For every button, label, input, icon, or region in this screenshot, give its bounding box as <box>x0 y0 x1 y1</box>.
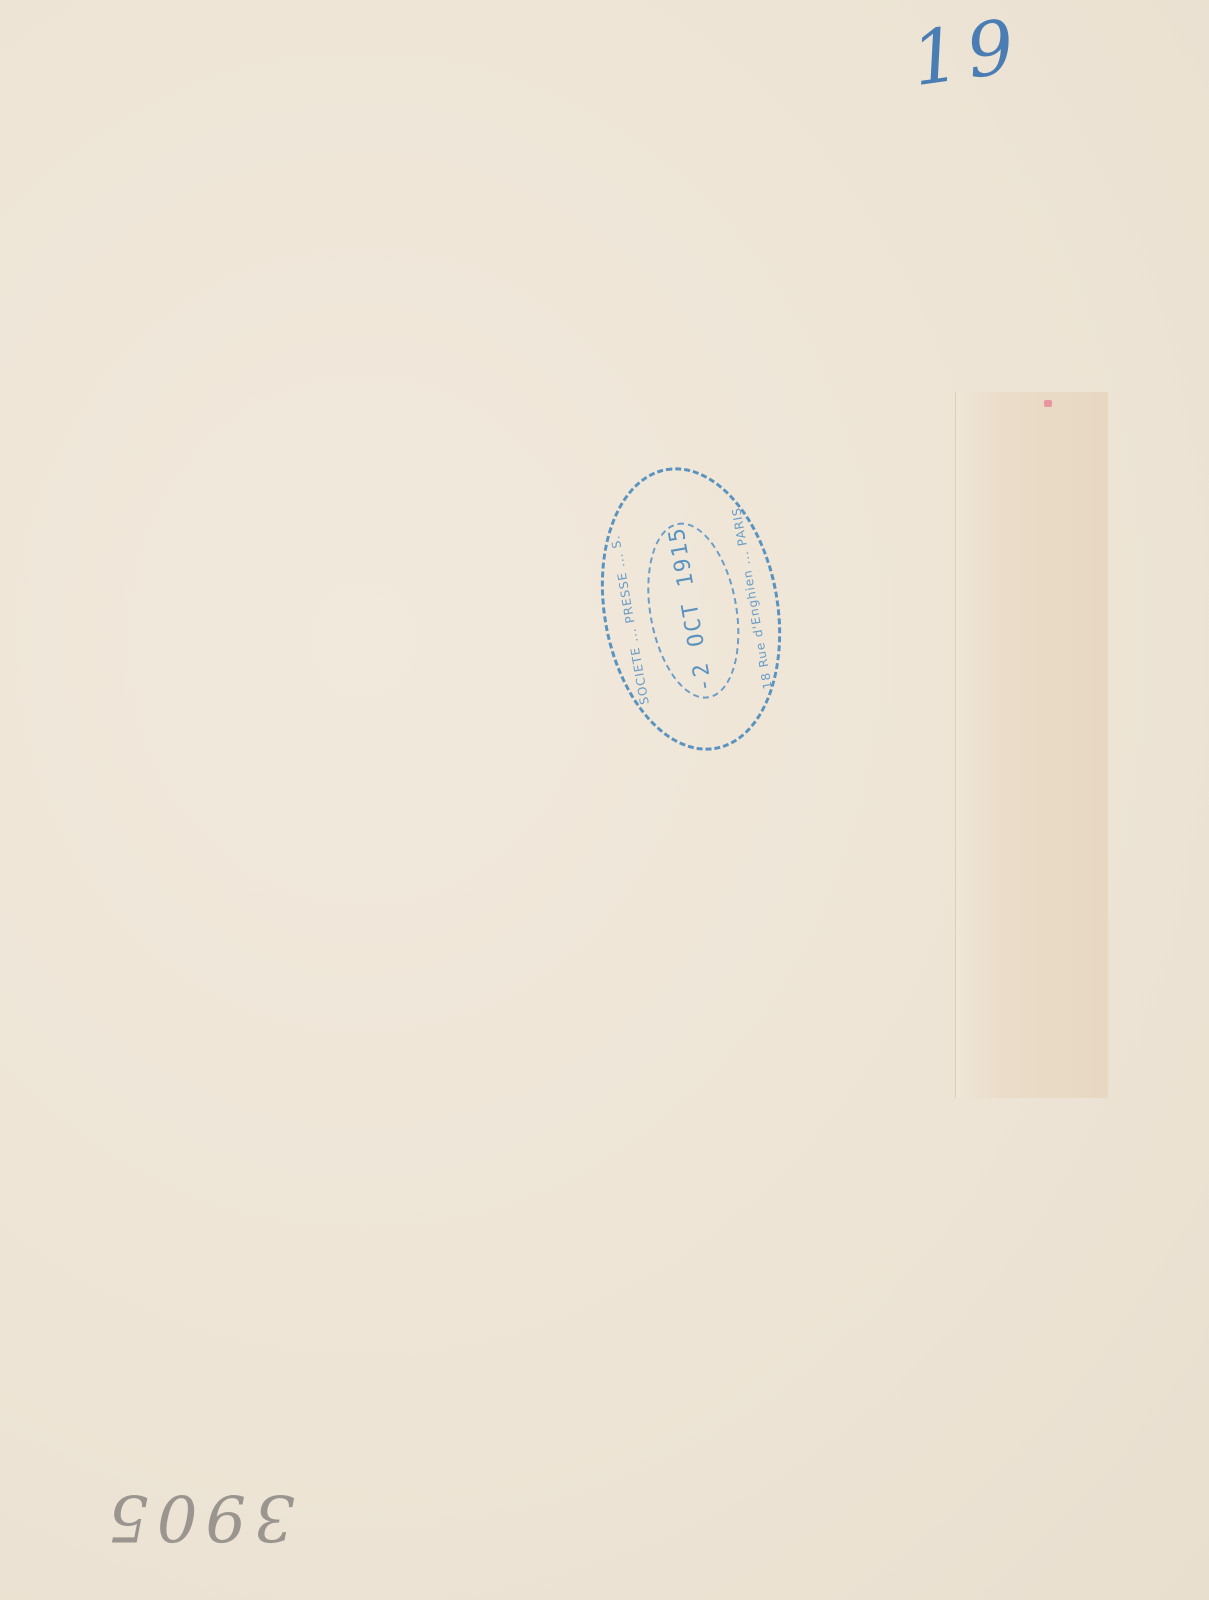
tape-pink-mark <box>1044 400 1052 407</box>
tape-strip <box>955 392 1108 1098</box>
pencil-inventory-number: 3905 <box>100 1480 295 1554</box>
handwritten-number: 19 <box>907 3 1028 103</box>
